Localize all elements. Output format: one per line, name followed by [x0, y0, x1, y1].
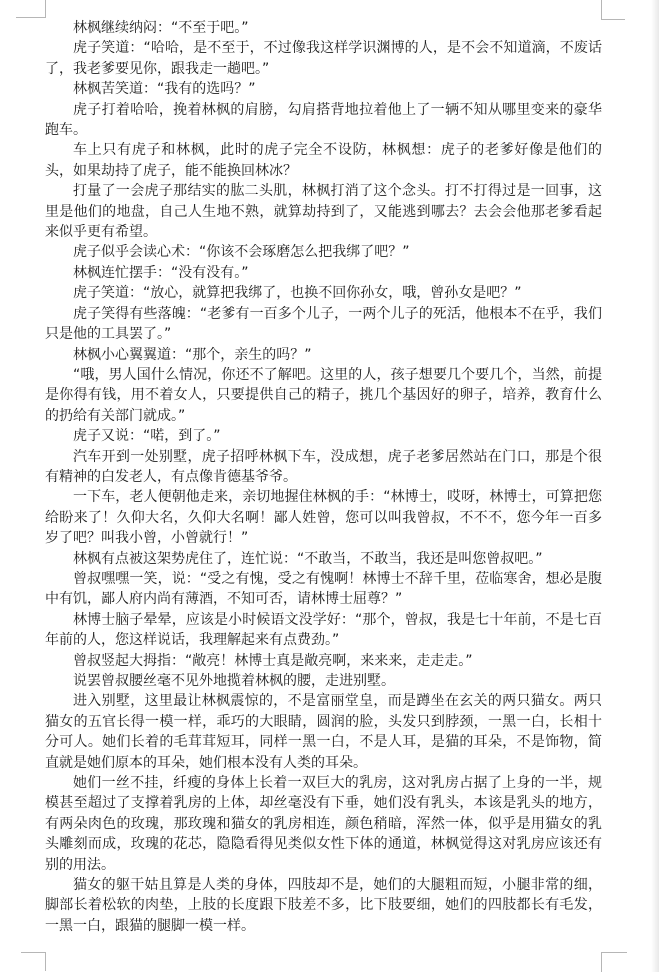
document-body: 林枫继续纳闷：“不至于吧。” 虎子笑道：“哈哈，是不至于，不过像我这样学识渊博的… [45, 18, 602, 936]
paragraph: 说罢曾叔腰丝毫不见外地揽着林枫的腰，走进别墅。 [45, 671, 602, 691]
paragraph: 虎子笑道：“哈哈，是不至于，不过像我这样学识渊博的人，是不会不知道滴，不废话了，… [45, 38, 602, 79]
paragraph: 虎子打着哈哈，挽着林枫的肩膀，勾肩搭背地拉着他上了一辆不知从哪里变来的豪华跑车。 [45, 100, 602, 141]
text-boundary-mark-top-left [45, 0, 46, 18]
paragraph: 曾叔竖起大拇指：“敞亮！林博士真是敞亮啊，来来来，走走走。” [45, 651, 602, 671]
paragraph: 林枫苦笑道：“我有的选吗？” [45, 79, 602, 99]
paragraph: 汽车开到一处别墅，虎子招呼林枫下车，没成想，虎子老爹居然站在门口，那是个很有精神… [45, 447, 602, 488]
paragraph: 林枫继续纳闷：“不至于吧。” [45, 18, 602, 38]
paragraph: 林枫小心翼翼道：“那个，亲生的吗？” [45, 345, 602, 365]
paragraph: 曾叔嘿嘿一笑，说：“受之有愧，受之有愧啊！林博士不辞千里，莅临寒舍，想必是腹中有… [45, 569, 602, 610]
paragraph: 虎子笑得有些落魄：“老爹有一百多个儿子，一两个儿子的死活，他根本不在乎，我们只是… [45, 304, 602, 345]
paragraph: 进入别墅，这里最让林枫震惊的，不是富丽堂皇，而是蹲坐在玄关的两只猫女。两只猫女的… [45, 691, 602, 773]
paragraph: 猫女的躯干姑且算是人类的身体，四肢却不是，她们的大腿粗而短，小腿非常的细，脚部长… [45, 875, 602, 936]
paragraph: 林博士脑子晕晕，应该是小时候语文没学好：“那个，曾叔，我是七十年前，不是七百年前… [45, 610, 602, 651]
page-edge-shadow [651, 0, 659, 972]
paragraph: 虎子笑道：“放心，就算把我绑了，也换不回你孙女，哦，曾孙女是吧？” [45, 283, 602, 303]
paragraph: 虎子又说：“喏，到了。” [45, 426, 602, 446]
text-boundary-mark-bottom-left [45, 952, 46, 971]
document-page: 林枫继续纳闷：“不至于吧。” 虎子笑道：“哈哈，是不至于，不过像我这样学识渊博的… [0, 0, 659, 972]
text-boundary-mark-bottom-left [21, 952, 46, 953]
paragraph: 车上只有虎子和林枫，此时的虎子完全不设防，林枫想：虎子的老爹好像是他们的头，如果… [45, 140, 602, 181]
paragraph: “哦，男人国什么情况，你还不了解吧。这里的人，孩子想要几个要几个，当然，前提是你… [45, 365, 602, 426]
paragraph: 打量了一会虎子那结实的肱二头肌，林枫打消了这个念头。打不打得过是一回事，这里是他… [45, 181, 602, 242]
paragraph: 她们一丝不挂，纤瘦的身体上长着一双巨大的乳房，这对乳房占据了上身的一半，规模甚至… [45, 773, 602, 875]
paragraph: 林枫连忙摆手：“没有没有。” [45, 263, 602, 283]
text-boundary-mark-top-right [601, 19, 625, 20]
text-boundary-mark-top-right [601, 0, 602, 19]
paragraph: 一下车，老人便朝他走来，亲切地握住林枫的手：“林博士，哎呀，林博士，可算把您给盼… [45, 487, 602, 548]
text-boundary-mark-bottom-right [601, 952, 627, 953]
text-boundary-mark-top-left [16, 17, 46, 18]
paragraph: 林枫有点被这架势虎住了，连忙说：“不敢当，不敢当，我还是叫您曾叔吧。” [45, 549, 602, 569]
paragraph: 虎子似乎会读心术：“你该不会琢磨怎么把我绑了吧？” [45, 242, 602, 262]
text-boundary-mark-bottom-right [601, 952, 602, 972]
